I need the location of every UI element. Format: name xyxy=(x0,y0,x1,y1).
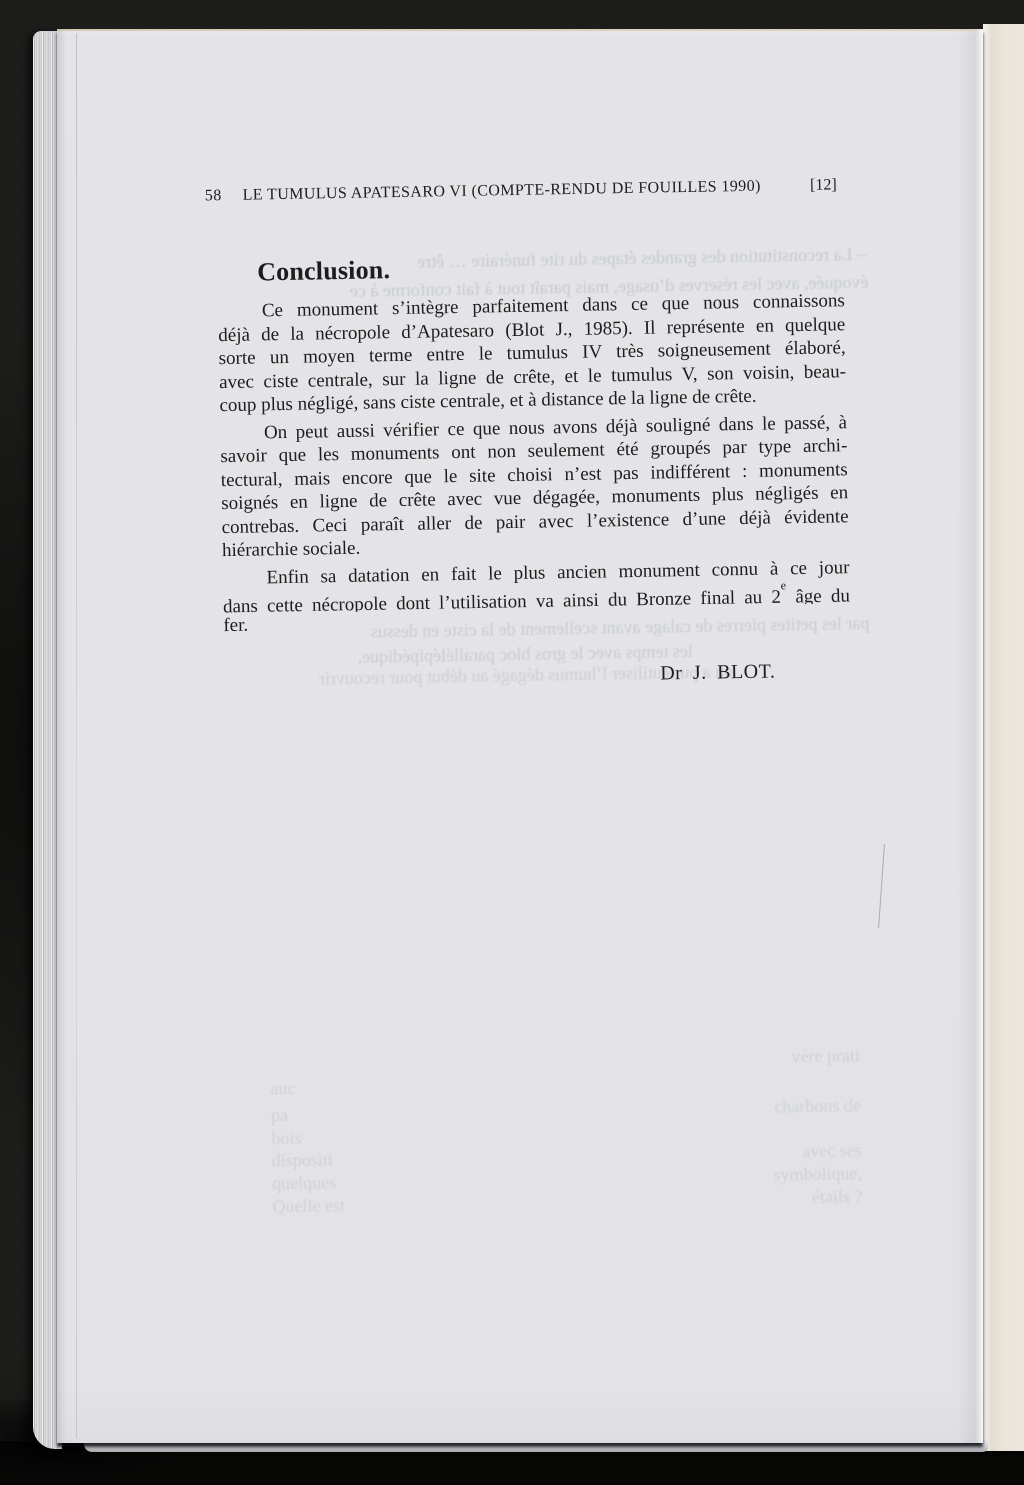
ghost-fragment: Quelle est xyxy=(272,1194,345,1217)
scanned-book-photo: – La reconstitution des grandes étapes d… xyxy=(0,0,1024,1485)
ghost-fragment: étails ? xyxy=(812,1185,863,1208)
book-page: – La reconstitution des grandes étapes d… xyxy=(57,29,983,1443)
section-heading: Conclusion. xyxy=(257,255,390,287)
page-number: 58 xyxy=(205,187,222,205)
running-header: 58 LE TUMULUS APATESARO VI (COMPTE-RENDU… xyxy=(205,176,837,205)
body-text: Ce monument s’intègre parfaitement dans … xyxy=(218,289,851,637)
running-title: LE TUMULUS APATESARO VI (COMPTE-RENDU DE… xyxy=(243,178,761,205)
ghost-fragment: charbons de xyxy=(774,1094,861,1118)
ghost-fragment: bois xyxy=(271,1127,301,1150)
ghost-fragment: vère prati xyxy=(791,1044,860,1067)
ghost-fragment: dispositi xyxy=(271,1148,332,1171)
ghost-fragment: quelques xyxy=(272,1171,336,1194)
ghost-fragment: avec ses xyxy=(802,1139,862,1162)
bracket-folio: [12] xyxy=(810,176,837,194)
ghost-fragment: auc xyxy=(270,1077,295,1099)
page-content: – La reconstitution des grandes étapes d… xyxy=(52,16,1003,1446)
ghost-fragment: pa xyxy=(271,1104,288,1126)
ghost-fragment: symbolique, xyxy=(773,1162,862,1186)
author-signature: Dr J. BLOT. xyxy=(660,660,776,685)
superscript-e: e xyxy=(781,579,787,592)
